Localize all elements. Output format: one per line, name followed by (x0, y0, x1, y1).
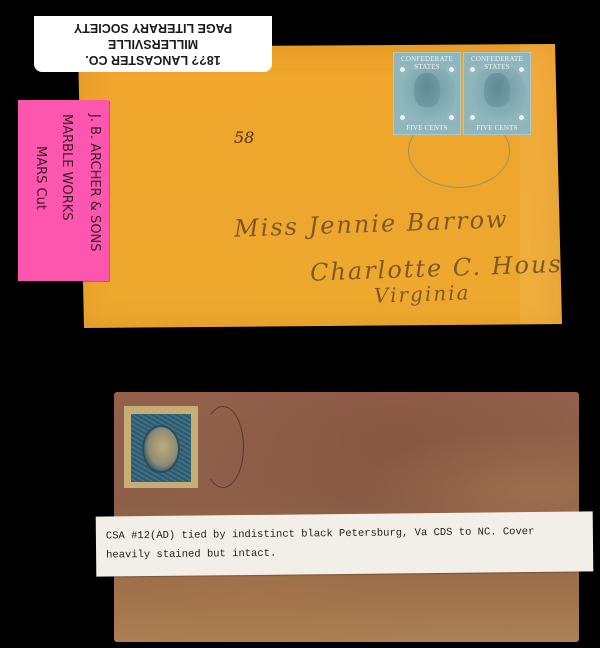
sticky-note-line-2: MARBLE WORKS (59, 114, 74, 221)
postmark-circle (202, 406, 244, 488)
portrait-icon (414, 73, 440, 107)
label-line-1: 18?? LANCASTER CO. (85, 52, 220, 68)
stamp-value-text: FIVE CENTS (394, 124, 460, 132)
sticky-note-line-3: MARS Cut (33, 146, 48, 210)
label-line-3: PAGE LITERARY SOCIETY (74, 20, 232, 36)
star-ornament-icon (517, 113, 526, 122)
address-line-3: Virginia (374, 280, 471, 307)
stamp-top-text: CONFEDERATE STATES (394, 55, 460, 71)
stamp-engraved-frame (131, 414, 191, 482)
portrait-icon (144, 427, 178, 471)
description-text: CSA #12(AD) tied by indistinct black Pet… (106, 523, 581, 566)
docket-number: 58 (234, 128, 254, 147)
description-label: CSA #12(AD) tied by indistinct black Pet… (96, 511, 594, 576)
stamp-five-cents-right: CONFEDERATE STATES FIVE CENTS (463, 52, 531, 135)
star-ornament-icon (468, 113, 477, 122)
address-line-1: Miss Jennie Barrow (234, 205, 509, 243)
stamp-csa-12 (124, 406, 198, 488)
sticky-note-line-1: J. B. ARCHER & SONS (87, 114, 102, 252)
stamp-value-text: FIVE CENTS (464, 124, 530, 132)
portrait-icon (484, 73, 510, 107)
stamp-five-cents-left: CONFEDERATE STATES FIVE CENTS (393, 52, 461, 135)
star-ornament-icon (447, 113, 456, 122)
provenance-label: 18?? LANCASTER CO. MILLERSVILLE PAGE LIT… (34, 16, 272, 72)
top-cover-envelope: 58 Miss Jennie Barrow Charlotte C. House… (78, 44, 562, 330)
sticky-note: J. B. ARCHER & SONS MARBLE WORKS MARS Cu… (18, 100, 109, 281)
star-ornament-icon (398, 113, 407, 122)
stamp-top-text: CONFEDERATE STATES (464, 55, 530, 71)
label-line-2: MILLERSVILLE (108, 36, 198, 52)
